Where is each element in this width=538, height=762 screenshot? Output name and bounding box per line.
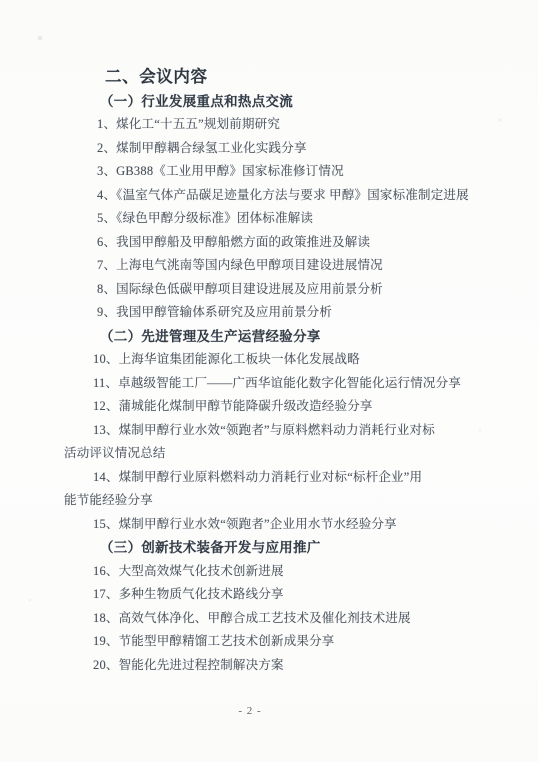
page-number: - 2 - <box>0 700 500 722</box>
agenda-item: 17、多种生物质气化技术路线分享 <box>64 583 504 607</box>
agenda-item: 19、节能型甲醇精馏工艺技术创新成果分享 <box>64 630 504 654</box>
agenda-item: 4、《温室气体产品碳足迹量化方法与要求 甲醇》国家标准制定进展 <box>64 184 504 208</box>
subsection-heading: （二）先进管理及生产运营经验分享 <box>64 325 504 349</box>
scanned-document-page: 二、会议内容 （一）行业发展重点和热点交流 1、煤化工“十五五”规划前期研究 2… <box>0 0 538 762</box>
agenda-item: 12、蒲城能化煤制甲醇节能降碳升级改造经验分享 <box>64 395 504 419</box>
agenda-item: 6、我国甲醇船及甲醇船燃方面的政策推进及解读 <box>64 231 504 255</box>
agenda-item-continuation: 能节能经验分享 <box>64 489 504 513</box>
agenda-item: 7、上海电气洮南等国内绿色甲醇项目建设进展情况 <box>64 254 504 278</box>
section-title: 二、会议内容 <box>64 66 504 90</box>
agenda-item: 9、我国甲醇管输体系研究及应用前景分析 <box>64 301 504 325</box>
agenda-item-continuation: 活动评议情况总结 <box>64 442 504 466</box>
agenda-item: 1、煤化工“十五五”规划前期研究 <box>64 113 504 137</box>
agenda-item: 18、高效气体净化、甲醇合成工艺技术及催化剂技术进展 <box>64 607 504 631</box>
subsection-heading: （一）行业发展重点和热点交流 <box>64 90 504 114</box>
agenda-content: 二、会议内容 （一）行业发展重点和热点交流 1、煤化工“十五五”规划前期研究 2… <box>64 66 504 677</box>
agenda-item: 16、大型高效煤气化技术创新进展 <box>64 560 504 584</box>
agenda-item: 5、《绿色甲醇分级标准》团体标准解读 <box>64 207 504 231</box>
agenda-item: 15、煤制甲醇行业水效“领跑者”企业用水节水经验分享 <box>64 513 504 537</box>
agenda-item: 10、上海华谊集团能源化工板块一体化发展战略 <box>64 348 504 372</box>
agenda-item: 3、GB388《工业用甲醇》国家标准修订情况 <box>64 160 504 184</box>
agenda-item: 8、国际绿色低碳甲醇项目建设进展及应用前景分析 <box>64 278 504 302</box>
agenda-item: 14、煤制甲醇行业原料燃料动力消耗行业对标“标杆企业”用 <box>64 466 504 490</box>
agenda-item: 2、煤制甲醇耦合绿氢工业化实践分享 <box>64 137 504 161</box>
agenda-item: 20、智能化先进过程控制解决方案 <box>64 654 504 678</box>
agenda-item: 11、卓越级智能工厂——广西华谊能化数字化智能化运行情况分享 <box>64 372 504 396</box>
subsection-heading: （三）创新技术装备开发与应用推广 <box>64 536 504 560</box>
agenda-item: 13、煤制甲醇行业水效“领跑者”与原料燃料动力消耗行业对标 <box>64 419 504 443</box>
